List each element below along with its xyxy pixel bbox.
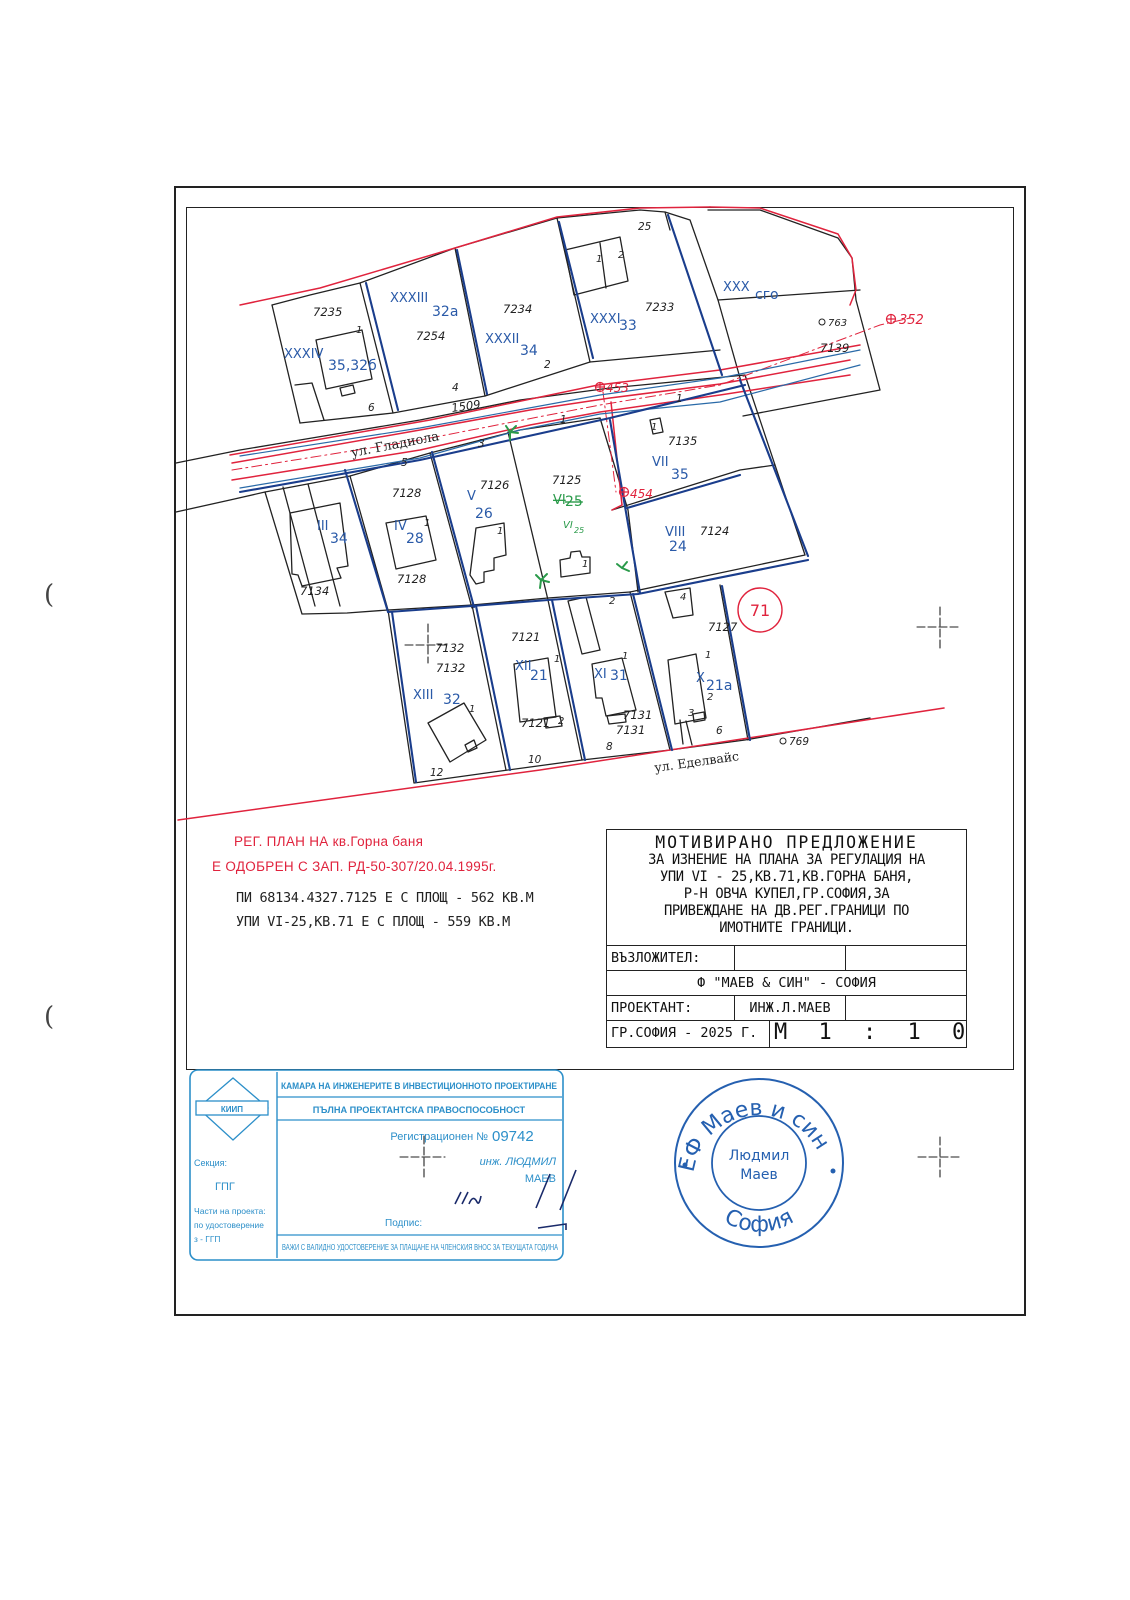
cadastral-id: 7233 [645, 300, 674, 314]
cadastral-id: 7121 [511, 630, 540, 644]
stamp-chamber-name: КАМАРА НА ИНЖЕНЕРИТЕ В ИНВЕСТИЦИОННОТО П… [281, 1081, 557, 1091]
stamp-parts-label: Части на проекта: [194, 1206, 266, 1216]
upi-number: XXXI [590, 312, 621, 327]
upi-plot-number: 32 [443, 692, 461, 708]
upi-number: XI [594, 667, 607, 682]
elevation-label: 769 [789, 736, 809, 748]
vertex-number: 1 [676, 393, 683, 405]
building-number: 3 [688, 708, 694, 719]
client-extra-cell [846, 946, 966, 970]
building-number: 2 [618, 250, 624, 261]
title-heading: МОТИВИРАНО ПРЕДЛОЖЕНИЕ [607, 834, 966, 852]
vertex-number: 4 [452, 382, 459, 394]
stamp-section-value: ГПГ [215, 1181, 235, 1193]
stamp-section-label: Секция: [194, 1158, 227, 1168]
stamp-validity-text: ВАЖИ С ВАЛИДНО УДОСТОВЕРЕНИЕ ЗА ПЛАЩАНЕ … [282, 1243, 558, 1252]
title-line: ЗА ИЗНЕНИЕ НА ПЛАНА ЗА РЕГУЛАЦИЯ НА [607, 852, 966, 869]
seal-inner-name: Людмил [729, 1148, 790, 1164]
area-note-upi: УПИ VI-25,КВ.71 Е С ПЛОЩ - 559 КВ.М [236, 914, 510, 930]
upi-number: XXXIV [284, 347, 324, 362]
seal-dot [831, 1169, 836, 1174]
cadastral-id: 7132 [435, 641, 464, 655]
upi-plot-number: 32а [432, 304, 458, 320]
upi-plot-number: 31 [610, 668, 628, 684]
upi-plot-number: 35,32б [328, 358, 377, 374]
cadastral-id: 7134 [300, 584, 329, 598]
upi-number: III [317, 519, 329, 534]
seal-inner-surname: Маев [740, 1167, 778, 1183]
cadastral-id: 7131 [623, 708, 652, 722]
building-number: 1 [424, 518, 430, 529]
building-number: 1 [622, 651, 628, 662]
upi-number: VII [652, 455, 669, 470]
building-number: 2 [558, 716, 564, 727]
title-block-heading: МОТИВИРАНО ПРЕДЛОЖЕНИЕ ЗА ИЗНЕНИЕ НА ПЛА… [607, 830, 966, 946]
upi-plot-number: 21 [530, 668, 548, 684]
vertex-number: 12 [430, 767, 444, 779]
upi-plot-number: 28 [406, 531, 424, 547]
upi-plot-number: 34 [520, 343, 538, 359]
vertex-number: 3 [478, 438, 485, 450]
cadastral-id: 7139 [820, 341, 849, 355]
title-line: ПРИВЕЖДАНЕ НА ДВ.РЕГ.ГРАНИЦИ ПО [607, 903, 966, 920]
survey-point-label: 454 [630, 487, 653, 501]
building-number: 4 [680, 592, 686, 603]
area-note-pi: ПИ 68134.4327.7125 Е С ПЛОЩ - 562 КВ.М [236, 890, 533, 906]
upi-plot-number: 24 [669, 539, 687, 555]
title-line: ИМОТНИТЕ ГРАНИЦИ. [607, 920, 966, 937]
drawing-scale: М 1 : 1 000 [770, 1021, 966, 1047]
upi-number: XXXIII [390, 291, 428, 306]
cadastral-id: 7131 [616, 723, 645, 737]
title-line: Р-Н ОВЧА КУПЕЛ,ГР.СОФИЯ,ЗА [607, 886, 966, 903]
street-name-edelvais: ул. Еделвайс [653, 748, 739, 775]
stamp-reg-label: Регистрационен № [390, 1131, 488, 1143]
chamber-logo-icon: КИИП [221, 1105, 243, 1114]
upi-number: XXXII [485, 332, 519, 347]
client-value [735, 946, 846, 970]
quarter-number: 71 [750, 601, 770, 620]
stamp-parts-value: з - ГГП [194, 1234, 220, 1244]
approval-note-line1: РЕГ. ПЛАН НА кв.Горна баня [234, 834, 423, 849]
vertex-number: 5 [401, 457, 408, 469]
building-number: 2 [609, 596, 615, 607]
building-number: 1 [497, 526, 503, 537]
signature [455, 1170, 576, 1230]
cadastral-id: 7132 [436, 661, 465, 675]
stamp-engineer-surname: МАЕВ [525, 1173, 556, 1185]
building-number: 1 [469, 704, 475, 715]
building-number: 1 [596, 254, 602, 265]
building-number: 1 [705, 650, 711, 661]
client-row: ВЪЗЛОЖИТЕЛ: [607, 946, 966, 971]
cadastral-id: 7234 [503, 302, 532, 316]
street-axis [232, 318, 910, 492]
cadastral-id: 7121 [521, 716, 550, 730]
building-number: 2 [707, 692, 713, 703]
place-year: ГР.СОФИЯ - 2025 Г. [607, 1021, 770, 1047]
cadastral-id: 7235 [313, 305, 342, 319]
proposed-upi-number: VI [563, 520, 573, 531]
upi-number: VI [553, 493, 566, 508]
cadastral-id: 7124 [700, 524, 729, 538]
firm-row: Ф "МАЕВ & СИН" - СОФИЯ [607, 971, 966, 996]
regulation-map: XXXIV35,32б72351XXXIII32а7254XXXII347234… [0, 0, 1130, 1600]
elevation-label: 763 [828, 318, 847, 329]
stamp-capacity: ПЪЛНА ПРОЕКТАНТСКА ПРАВОСПОСОБНОСТ [313, 1105, 526, 1115]
upi-number: X [696, 671, 705, 686]
survey-point-label: 352 [899, 313, 924, 328]
cadastral-id: 7125 [552, 473, 581, 487]
cadastral-id: 7127 [708, 620, 738, 634]
building-number: 1 [651, 422, 657, 433]
designer-label: ПРОЕКТАНТ: [607, 996, 735, 1020]
title-line: УПИ VI - 25,КВ.71,КВ.ГОРНА БАНЯ, [607, 869, 966, 886]
client-label: ВЪЗЛОЖИТЕЛ: [607, 946, 735, 970]
cadastral-id: 7128 [397, 572, 426, 586]
vertex-number: 6 [368, 402, 375, 414]
upi-plot-number: 26 [475, 506, 493, 522]
cadastral-id: 7135 [668, 434, 697, 448]
cadastral-id: 7126 [480, 478, 509, 492]
upi-number: XIII [413, 688, 433, 703]
survey-point-label: 453 [606, 381, 629, 395]
upi-plot-number: сго [755, 287, 779, 303]
building-number: 1 [554, 654, 560, 665]
vertex-number: 1 [560, 414, 567, 426]
vertex-number: 10 [528, 754, 542, 766]
building-number: 1 [356, 325, 362, 336]
title-block: МОТИВИРАНО ПРЕДЛОЖЕНИЕ ЗА ИЗНЕНИЕ НА ПЛА… [606, 829, 967, 1048]
vertex-number: 2 [544, 359, 551, 371]
upi-number: VIII [665, 525, 685, 540]
stamp-signature-label: Подпис: [385, 1218, 422, 1229]
place-scale-row: ГР.СОФИЯ - 2025 Г. М 1 : 1 000 [607, 1021, 966, 1047]
cadastral-id: 7254 [416, 329, 445, 343]
vertex-number: 8 [606, 741, 613, 753]
approval-note-line2: Е ОДОБРЕН С ЗАП. РД-50-307/20.04.1995г. [212, 859, 497, 874]
upi-number: IV [394, 519, 407, 534]
firm-name: Ф "МАЕВ & СИН" - СОФИЯ [607, 971, 966, 995]
upi-plot-number: 35 [671, 467, 689, 483]
stamp-engineer-name: инж. ЛЮДМИЛ [480, 1156, 557, 1168]
proposed-plot-number: 25 [574, 526, 584, 535]
stamp-reg-number: 09742 [492, 1128, 534, 1145]
upi-plot-number: 33 [619, 318, 637, 334]
upi-plot-number: 25 [565, 494, 583, 510]
stamp-parts-value: по удостоверение [194, 1220, 264, 1230]
designer-row: ПРОЕКТАНТ: ИНЖ.Л.МАЕВ [607, 996, 966, 1021]
designer-extra-cell [846, 996, 966, 1020]
designer-name: ИНЖ.Л.МАЕВ [735, 996, 846, 1020]
upi-number: V [467, 489, 476, 504]
upi-number: XXX [723, 280, 750, 295]
upi-plot-number: 34 [330, 531, 348, 547]
vertex-number: 6 [716, 725, 723, 737]
street-lot-number: 1509 [450, 397, 481, 415]
building-number: 1 [582, 559, 588, 570]
cadastral-id: 7128 [392, 486, 421, 500]
vertex-number: 25 [638, 221, 652, 233]
